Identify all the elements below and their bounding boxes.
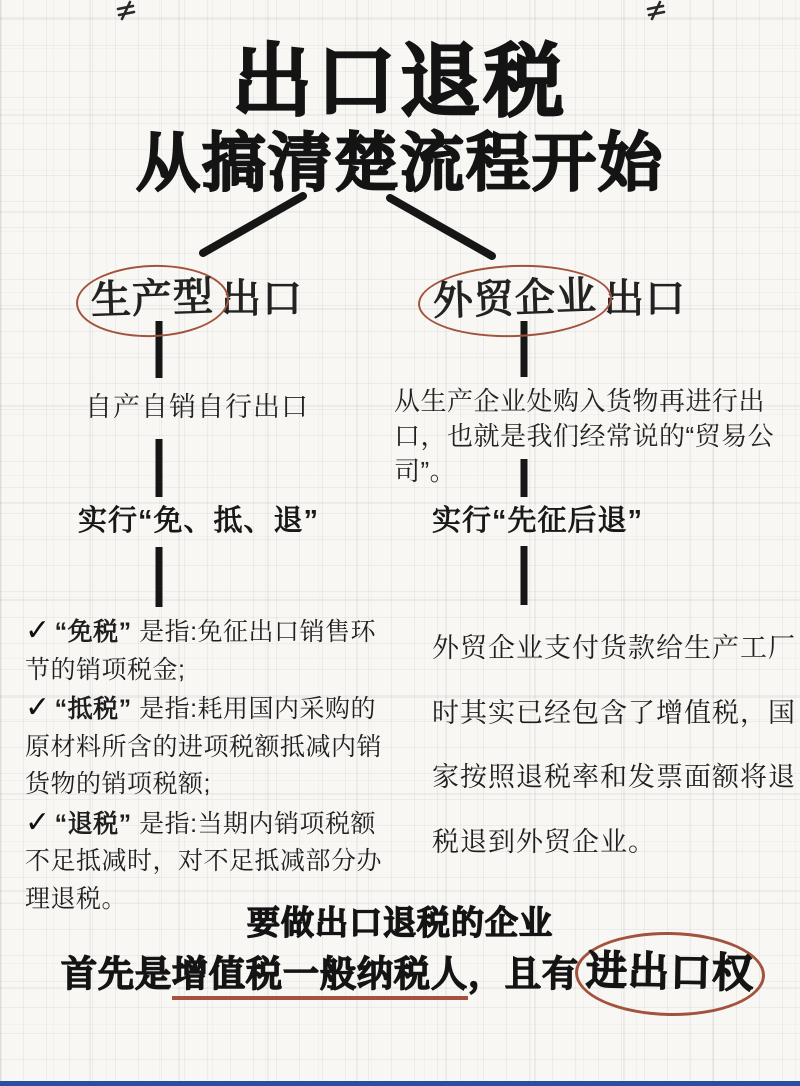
branch-label-rest-text: 出口 <box>221 277 303 321</box>
branch-label-circled-text: 生产型 <box>90 275 214 323</box>
branch-label-circled-text: 外贸企业 <box>432 274 597 324</box>
check-icon: ✓ <box>25 614 51 647</box>
export-tax-rebate-poster: 出口退税 从搞清楚流程开始 生产型出口 外贸企业出口 自产自销自行出口 从生产企… <box>0 0 800 1086</box>
checklist-term: “退税” <box>55 810 132 838</box>
highlight-oval-production: 生产型 <box>75 262 230 339</box>
tape-mark-right <box>648 2 664 19</box>
checklist-item-offset: ✓“抵税” 是指:耗用国内采购的原材料所含的进项税额抵减内销货物的销项税额; <box>25 689 401 804</box>
footer-middle: ，且有 <box>468 953 579 994</box>
check-icon: ✓ <box>25 806 51 839</box>
right-branch-description: 从生产企业处购入货物再进行出口，也就是我们经常说的“贸易公司”。 <box>394 384 798 489</box>
checklist-term: “抵税” <box>55 695 132 723</box>
footer-prefix: 首先是 <box>61 953 172 994</box>
checklist-term: “免税” <box>55 618 132 646</box>
bottom-accent-bar <box>0 1081 800 1086</box>
branch-diagonal-left <box>203 196 303 253</box>
checklist-item-refund: ✓“退税” 是指:当期内销项税额不足抵减时，对不足抵减部分办理退税。 <box>25 804 401 919</box>
branch-label-production-export: 生产型出口 <box>86 270 303 328</box>
check-icon: ✓ <box>25 691 51 724</box>
highlight-oval-trade: 外贸企业 <box>417 262 613 341</box>
branch-label-trade-export: 外贸企业出口 <box>428 270 686 328</box>
trade-branch-paragraph: 外贸企业支付货款给生产工厂时其实已经包含了增值税，国家按照退税率和发票面额将退税… <box>432 616 796 874</box>
footer-circled-phrase: 进出口权 <box>574 930 765 1017</box>
branch-diagonal-right <box>390 198 492 256</box>
left-branch-method: 实行“免、抵、退” <box>78 503 319 539</box>
checklist-item-exempt: ✓“免税” 是指:免征出口销售环节的销项税金; <box>25 612 401 689</box>
footer-line2: 首先是增值税一般纳税人，且有进出口权 <box>60 940 760 1004</box>
left-branch-description: 自产自销自行出口 <box>85 390 309 424</box>
tape-mark-left <box>118 2 134 19</box>
poster-title-line2: 从搞清楚流程开始 <box>0 124 800 202</box>
tax-terms-checklist: ✓“免税” 是指:免征出口销售环节的销项税金; ✓“抵税” 是指:耗用国内采购的… <box>25 612 401 918</box>
footer-underlined-phrase: 增值税一般纳税人 <box>172 953 468 1000</box>
poster-title-line1: 出口退税 <box>0 38 800 126</box>
branch-label-rest-text: 出口 <box>604 277 686 321</box>
right-branch-method: 实行“先征后退” <box>432 503 643 539</box>
